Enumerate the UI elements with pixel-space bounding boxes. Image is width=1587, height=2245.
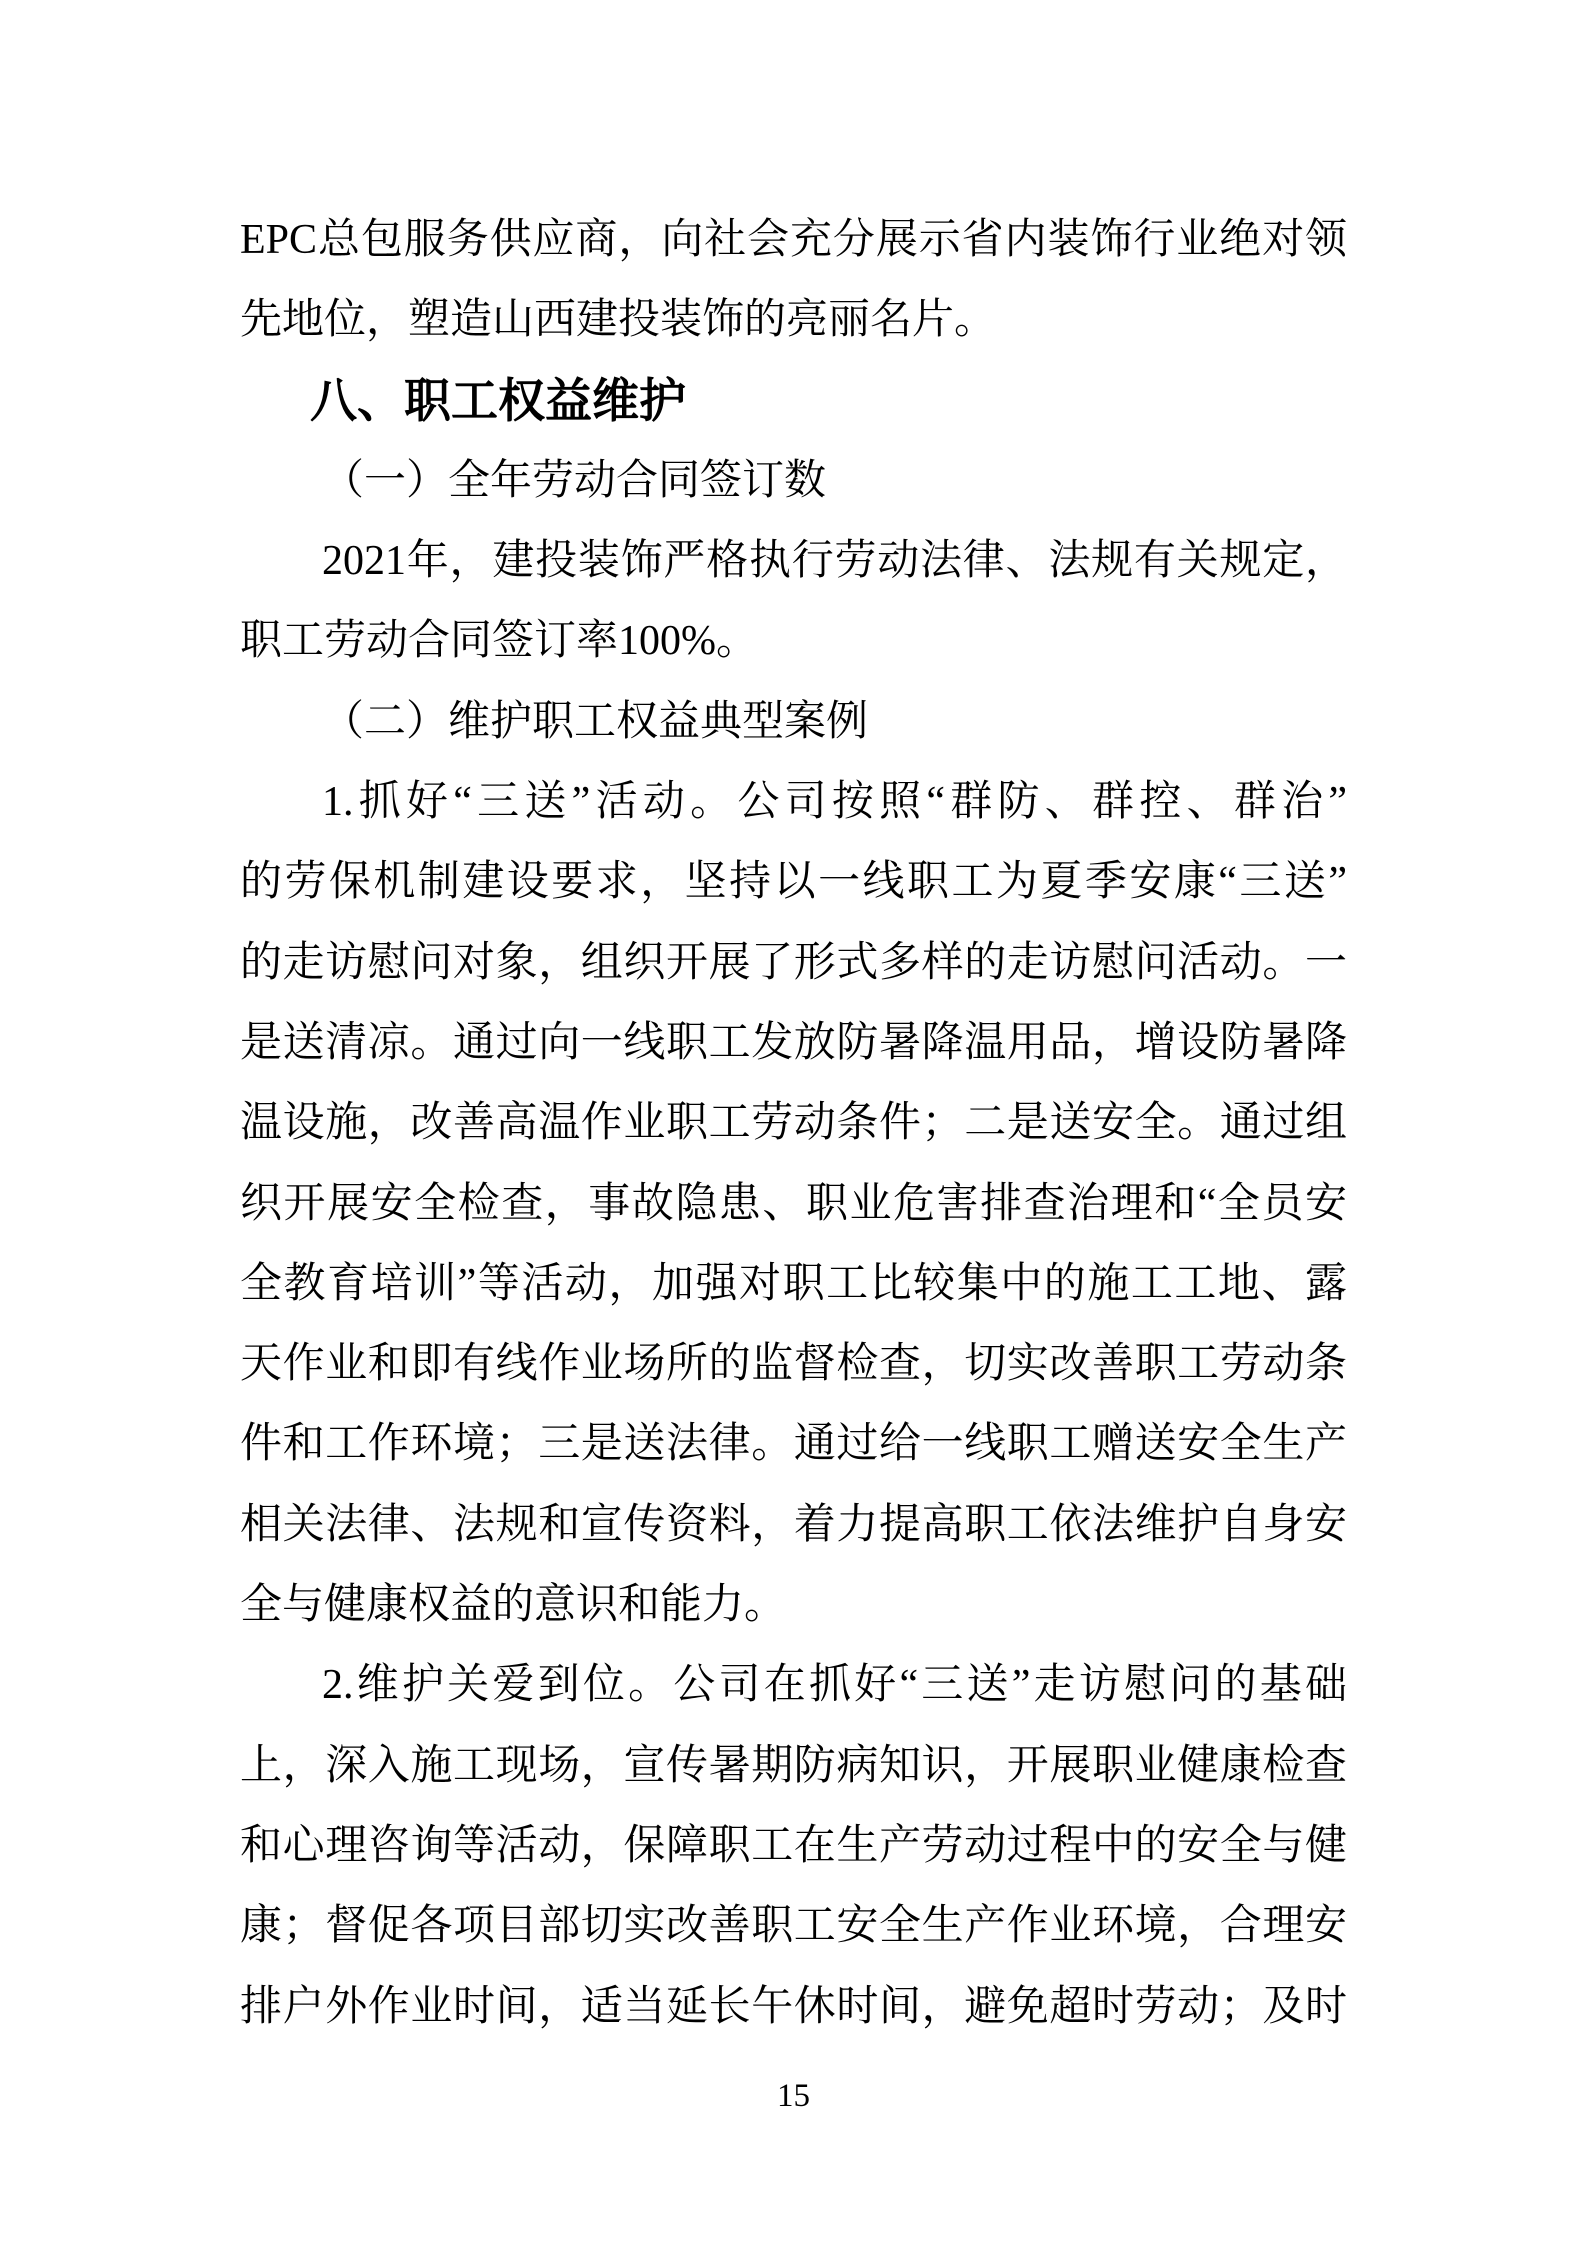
text-line: 2021年，建投装饰严格执行劳动法律、法规有关规定， (240, 521, 1347, 601)
text-line: 全与健康权益的意识和能力。 (240, 1565, 1347, 1645)
text-line: 是送清凉。通过向一线职工发放防暑降温用品，增设防暑降 (240, 1003, 1347, 1083)
document-body: EPC总包服务供应商，向社会充分展示省内装饰行业绝对领先地位，塑造山西建投装饰的… (240, 200, 1347, 2047)
document-page: EPC总包服务供应商，向社会充分展示省内装饰行业绝对领先地位，塑造山西建投装饰的… (0, 0, 1587, 2245)
text-line: 天作业和即有线作业场所的监督检查，切实改善职工劳动条 (240, 1324, 1347, 1404)
text-line: EPC总包服务供应商，向社会充分展示省内装饰行业绝对领 (240, 200, 1347, 280)
text-line: 温设施，改善高温作业职工劳动条件；二是送安全。通过组 (240, 1083, 1347, 1163)
text-line: 先地位，塑造山西建投装饰的亮丽名片。 (240, 280, 1347, 360)
text-line: 的走访慰问对象，组织开展了形式多样的走访慰问活动。一 (240, 923, 1347, 1003)
text-line: （一）全年劳动合同签订数 (240, 441, 1347, 521)
text-line: 职工劳动合同签订率100%。 (240, 601, 1347, 681)
text-line: 的劳保机制建设要求，坚持以一线职工为夏季安康“三送” (240, 842, 1347, 922)
text-line: 全教育培训”等活动，加强对职工比较集中的施工工地、露 (240, 1244, 1347, 1324)
section-heading: 八、职工权益维护 (240, 361, 1347, 441)
text-line: （二）维护职工权益典型案例 (240, 682, 1347, 762)
text-line: 相关法律、法规和宣传资料，着力提高职工依法维护自身安 (240, 1485, 1347, 1565)
page-number: 15 (0, 2076, 1587, 2116)
text-line: 和心理咨询等活动，保障职工在生产劳动过程中的安全与健 (240, 1806, 1347, 1886)
text-line: 康；督促各项目部切实改善职工安全生产作业环境，合理安 (240, 1886, 1347, 1966)
text-line: 上，深入施工现场，宣传暑期防病知识，开展职业健康检查 (240, 1726, 1347, 1806)
text-line: 排户外作业时间，适当延长午休时间，避免超时劳动；及时 (240, 1967, 1347, 2047)
text-line: 织开展安全检查，事故隐患、职业危害排查治理和“全员安 (240, 1164, 1347, 1244)
text-line: 2.维护关爱到位。公司在抓好“三送”走访慰问的基础 (240, 1645, 1347, 1725)
text-line: 1.抓好“三送”活动。公司按照“群防、群控、群治” (240, 762, 1347, 842)
text-line: 件和工作环境；三是送法律。通过给一线职工赠送安全生产 (240, 1404, 1347, 1484)
